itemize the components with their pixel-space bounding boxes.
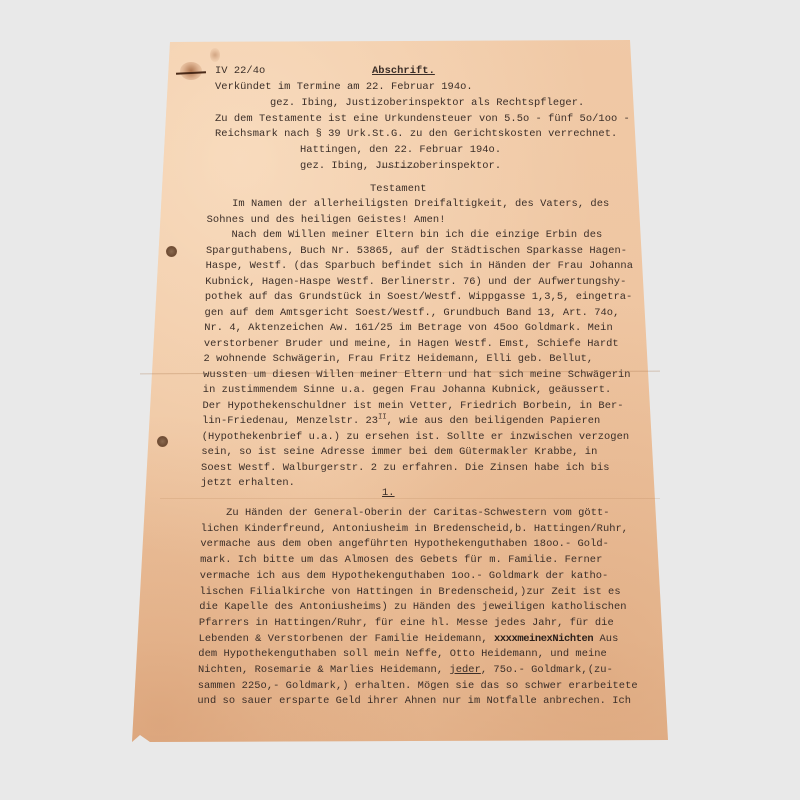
clause-line: lischen Filialkirche von Hattingen in Br… [200, 585, 621, 601]
body-line: Soest Westf. Walburgerstr. 2 zu erfahren… [201, 461, 610, 477]
clause-line: vermache aus dem oben angeführten Hypoth… [200, 537, 609, 553]
preamble-line: Zu dem Testamente ist eine Urkundensteue… [215, 112, 630, 128]
body-line: Im Namen der allerheiligsten Dreifaltigk… [207, 197, 609, 213]
section-title: Testament [370, 182, 427, 198]
punch-hole [157, 436, 168, 447]
struck-out-text: xxxxmeinexNichten [494, 633, 593, 645]
clause-line: mark. Ich bitte um das Almosen des Gebet… [200, 553, 602, 569]
clause-line: und so sauer ersparte Geld ihrer Ahnen n… [197, 694, 631, 710]
body-line: Der Hypothekenschuldner ist mein Vetter,… [202, 399, 623, 415]
clause-line: dem Hypothekenguthaben soll mein Neffe, … [198, 647, 607, 663]
body-line: Sparguthabens, Buch Nr. 53865, auf der S… [206, 244, 627, 260]
photo-stage: IV 22/4o Abschrift. Verkündet im Termine… [0, 0, 800, 800]
body-line: 2 wohnende Schwägerin, Frau Fritz Heidem… [204, 352, 594, 368]
clause-line: die Kapelle des Antoniusheims) zu Händen… [199, 600, 626, 616]
clause-line: sammen 225o,- Goldmark,) erhalten. Mögen… [198, 679, 638, 695]
preamble-line: Reichsmark nach § 39 Urk.St.G. zu den Ge… [215, 127, 617, 143]
rust-stain [210, 48, 220, 62]
body-line: pothek auf das Grundstück in Soest/Westf… [205, 290, 632, 306]
body-line: wussten um diesen Willen meiner Eltern u… [203, 368, 630, 384]
preamble-line: Hattingen, den 22. Februar 194o. [300, 143, 501, 159]
body-line: Sohnes und des heiligen Geistes! Amen! [207, 213, 446, 229]
document-title: Abschrift. [372, 64, 435, 80]
body-line: lin-Friedenau, Menzelstr. 23II, wie aus … [202, 414, 600, 430]
preamble-line: gez. Ibing, Justizoberinspektor als Rech… [270, 96, 584, 112]
preamble-line: Verkündet im Termine am 22. Februar 194o… [215, 80, 473, 96]
body-line: Kubnick, Hagen-Haspe Westf. Berlinerstr.… [205, 275, 626, 291]
clause-line: vermache ich aus dem Hypothekenguthaben … [200, 569, 609, 585]
clause-line: lichen Kinderfreund, Antoniusheim in Bre… [201, 522, 628, 538]
clause-line: Lebenden & Verstorbenen der Familie Heid… [199, 632, 619, 648]
body-line: Haspe, Westf. (das Sparbuch befindet sic… [206, 259, 633, 275]
clause-line: Pfarrers in Hattingen/Ruhr, für eine hl.… [199, 616, 614, 632]
clause-number: 1. [382, 486, 395, 502]
underlined-word: jeder [449, 664, 480, 676]
clause-line: Nichten, Rosemarie & Marlies Heidemann, … [198, 663, 613, 679]
body-line: Nr. 4, Aktenzeichen Aw. 161/25 im Betrag… [204, 321, 613, 337]
body-line: sein, so ist seine Adresse immer bei dem… [201, 445, 597, 461]
body-line: Nach dem Willen meiner Eltern bin ich di… [206, 228, 602, 244]
body-line: gen auf dem Amtsgericht Soest/Westf., Gr… [205, 306, 620, 322]
file-reference: IV 22/4o [215, 64, 265, 80]
body-line: jetzt erhalten. [201, 476, 295, 492]
body-line: (Hypothekenbrief u.a.) zu ersehen ist. S… [202, 430, 629, 446]
paper-fold-line-faint [160, 498, 660, 499]
body-line: in zustimmendem Sinne u.a. gegen Frau Jo… [203, 383, 612, 399]
punch-hole [166, 246, 177, 257]
separator-line: ------ [380, 161, 417, 177]
body-line: verstorbener Bruder und meine, in Hagen … [204, 337, 619, 353]
clause-line: Zu Händen der General-Oberin der Caritas… [201, 506, 610, 522]
